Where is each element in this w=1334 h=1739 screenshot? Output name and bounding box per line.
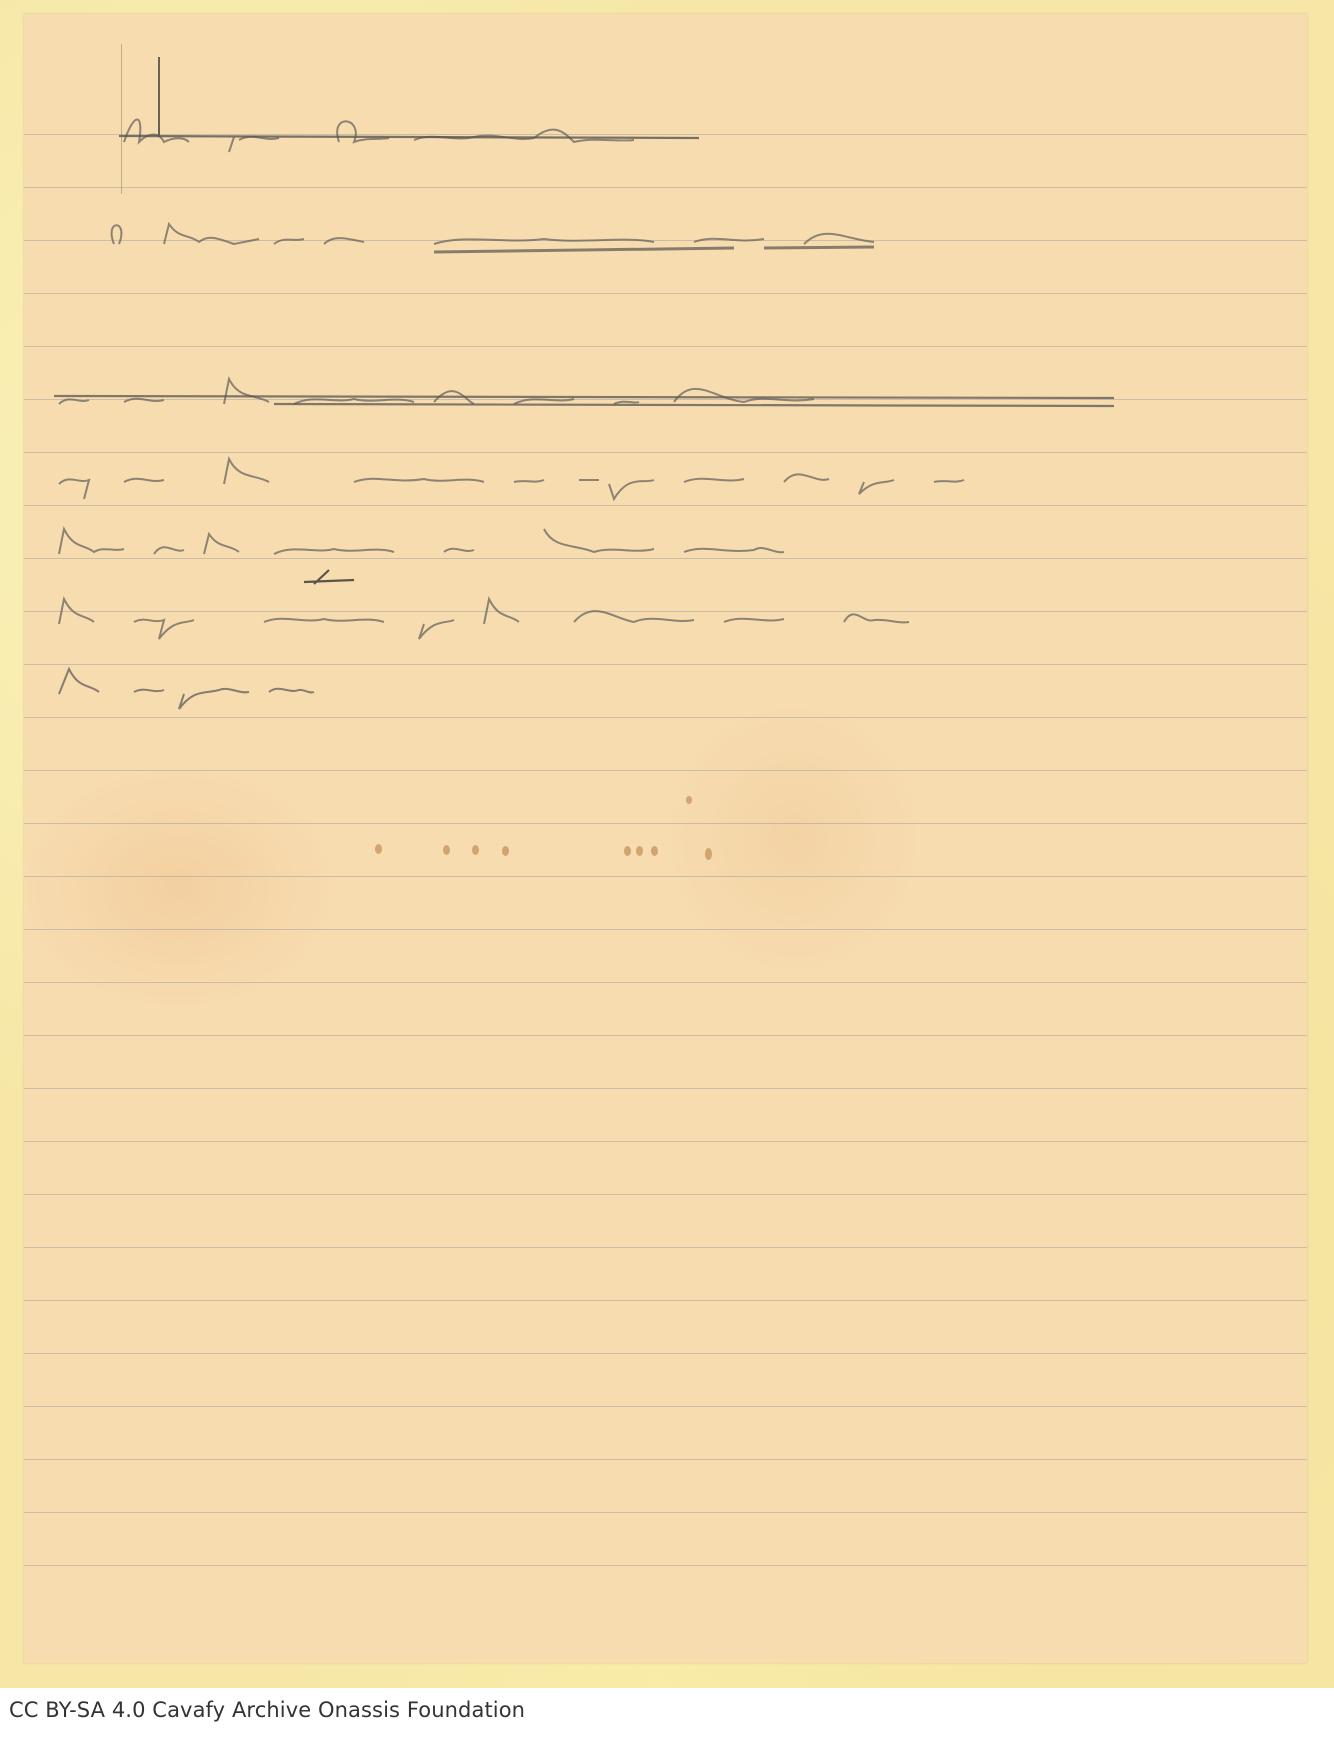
handwritten-line-4: [54, 454, 1254, 494]
handwritten-line-2: [84, 214, 1294, 254]
handwritten-line-6: [54, 594, 1284, 634]
handwritten-line-3-struck: [54, 374, 1124, 414]
ruled-line: [24, 1353, 1307, 1354]
ruled-line: [24, 1300, 1307, 1301]
foxing-stain: [472, 845, 479, 855]
ruled-line: [24, 929, 1307, 930]
ruled-line: [24, 452, 1307, 453]
ruled-line: [24, 1088, 1307, 1089]
handwritten-line-7: [54, 664, 454, 704]
foxing-stain: [636, 846, 643, 856]
foxing-stain: [705, 848, 712, 860]
ruled-line: [24, 1459, 1307, 1460]
ruled-line: [24, 1565, 1307, 1566]
ruled-line: [24, 770, 1307, 771]
foxing-stain: [375, 844, 382, 854]
ruled-line: [24, 1141, 1307, 1142]
ruled-line: [24, 876, 1307, 877]
ruled-line: [24, 1247, 1307, 1248]
ruled-line: [24, 982, 1307, 983]
ruled-line: [24, 823, 1307, 824]
ruled-line: [24, 187, 1307, 188]
ruled-line: [24, 346, 1307, 347]
manuscript-page: [24, 14, 1307, 1663]
ruled-line: [24, 1194, 1307, 1195]
foxing-stain: [624, 846, 631, 856]
handwritten-line-5: [54, 524, 1284, 564]
foxing-stain: [686, 796, 692, 804]
handwritten-line-1-struck: [114, 112, 704, 152]
ruled-line: [24, 505, 1307, 506]
ruled-line: [24, 717, 1307, 718]
license-caption: CC BY-SA 4.0 Cavafy Archive Onassis Foun…: [9, 1698, 525, 1722]
ruled-line: [24, 1035, 1307, 1036]
ruled-line: [24, 293, 1307, 294]
ruled-line: [24, 1512, 1307, 1513]
foxing-stain: [651, 846, 658, 856]
foxing-stain: [502, 846, 509, 856]
foxing-stain: [443, 845, 450, 855]
ruled-line: [24, 1406, 1307, 1407]
